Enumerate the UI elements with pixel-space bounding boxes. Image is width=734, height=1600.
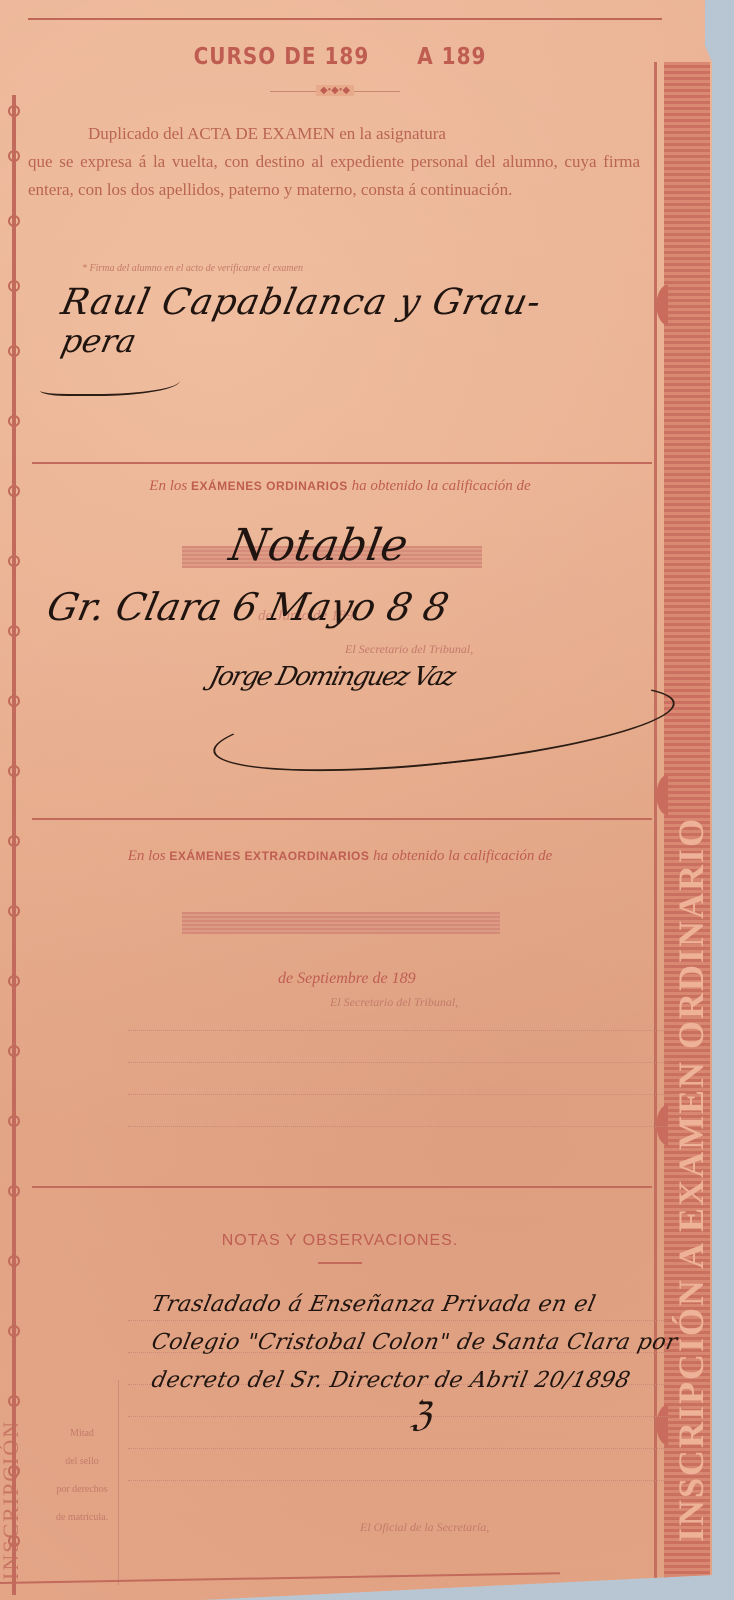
intro-paragraph: Duplicado del ACTA DE EXAMEN en la asign… [28,120,640,204]
ordinary-exams-heading: En los EXÁMENES ORDINARIOS ha obtenido l… [0,478,680,495]
extraordinary-date-printed: de Septiembre de 189 [278,970,416,988]
secretary-signature: Jorge Dominguez Vaz [206,662,457,692]
official-label: El Oficial de la Secretaría, [360,1520,489,1535]
right-ornamental-band: INSCRIPCIÓN A EXAMEN ORDINARIO [664,62,710,1592]
extraordinary-exams-heading: En los EXÁMENES EXTRAORDINARIOS ha obten… [0,848,680,865]
official-initial-mark: ℨ [410,1395,431,1435]
section-divider [32,818,652,820]
course-header: CURSO DE 189 A 189 [0,42,680,70]
course-suffix: A 189 [417,42,486,70]
palmette-ornament-icon [648,1090,668,1160]
grade-handwritten: Notable [226,520,412,571]
student-signature-line-2: pera [58,322,140,360]
notes-title-underline [318,1262,362,1264]
left-ornamental-border [12,95,16,1595]
notes-title: NOTAS Y OBSERVACIONES. [0,1232,680,1250]
signature-flourish [40,370,180,396]
palmette-ornament-icon [648,270,668,340]
note-line-2: Colegio "Cristobal Colon" de Santa Clara… [149,1330,679,1355]
ordinary-secretary-label: El Secretario del Tribunal, [345,642,473,657]
divider-ornament-icon: ◆•◆•◆ [270,86,400,96]
ordinary-date-handwritten: Gr. Clara 6 Mayo 8 8 [43,585,452,629]
intro-rest: que se expresa á la vuelta, con destino … [28,148,640,204]
grade-field-extraordinary [182,912,500,934]
note-line-1: Trasladado á Enseñanza Privada en el [149,1292,598,1317]
section-divider [32,462,652,464]
extraordinary-secretary-label: El Secretario del Tribunal, [330,995,458,1010]
signature-label: * Firma del alumno en el acto de verific… [82,263,303,274]
left-band-text: INSCRIPCIÓN [0,1020,10,1580]
student-signature-line-1: Raul Capablanca y Grau- [58,282,546,323]
stamp-note: Mitad del sello por derechos de matrícul… [40,1420,124,1532]
course-prefix: CURSO DE 189 [194,42,370,70]
intro-line-1: Duplicado del ACTA DE EXAMEN en la asign… [28,120,640,148]
section-divider [32,1186,652,1188]
note-line-3: decreto del Sr. Director de Abril 20/189… [149,1368,632,1393]
document-sheet: INSCRIPCIÓN INSCRIPCIÓN A EXAMEN ORDINAR… [0,0,712,1600]
top-rule [28,18,662,20]
